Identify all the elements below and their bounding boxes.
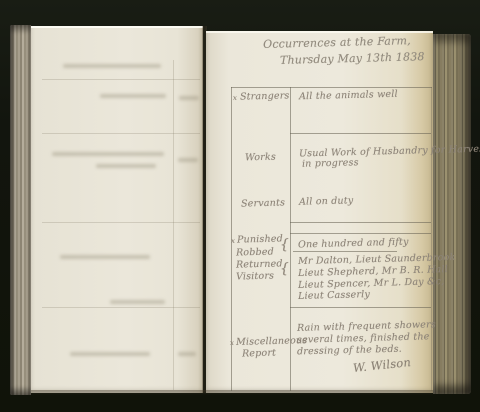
- label-brace: {: [280, 264, 289, 275]
- page-bottom-shadow: [31, 390, 433, 395]
- ghost-writing-smudge: [96, 164, 156, 168]
- row-label-strangers: Strangers: [240, 90, 290, 102]
- ghost-writing-smudge: [100, 94, 166, 98]
- table-rule-row2: [290, 222, 431, 223]
- ghost-row-rule: [42, 79, 200, 80]
- ghost-writing-smudge: [110, 300, 165, 304]
- entry-line: Lieut Casserly: [298, 289, 370, 302]
- row-mark: x: [233, 93, 237, 104]
- ghost-writing-smudge: [63, 64, 161, 68]
- table-rule-row4: [290, 307, 431, 308]
- ghost-row-rule: [42, 222, 200, 223]
- ghost-writing-smudge: [52, 152, 164, 156]
- row-label-returned: Returned: [236, 258, 283, 270]
- ghost-row-rule: [42, 307, 200, 308]
- row-label-visitors: Visitors: [236, 271, 274, 283]
- photo-of-open-ledger: Occurrences at the Farm, Thursday May 13…: [0, 0, 480, 412]
- entry-underline: [293, 251, 397, 252]
- row-label-report: Report: [242, 348, 276, 360]
- left-page: [31, 26, 203, 393]
- ghost-writing-smudge: [178, 352, 196, 356]
- row-mark: x: [231, 236, 235, 247]
- ghost-writing-smudge: [179, 96, 199, 100]
- row-label-servants: Servants: [241, 197, 285, 209]
- left-page-stack-edge: [10, 25, 31, 395]
- right-page-stack-edge: [433, 34, 471, 394]
- table-rule-row3: [290, 233, 431, 234]
- row-label-works: Works: [245, 152, 276, 164]
- row-label-robbed: Robbed: [236, 247, 274, 259]
- ghost-column-rule: [173, 60, 174, 390]
- table-rule-right: [431, 87, 432, 391]
- ghost-writing-smudge: [178, 158, 198, 162]
- row-mark: x: [230, 338, 234, 349]
- ghost-row-rule: [42, 133, 200, 134]
- row-label-punished: Punished: [237, 233, 283, 245]
- table-rule-row1: [290, 133, 431, 134]
- ghost-writing-smudge: [60, 255, 150, 259]
- journal-date: Thursday May 13th 1838: [280, 51, 425, 66]
- label-brace: {: [280, 240, 289, 251]
- ghost-writing-smudge: [70, 352, 150, 356]
- entry-line: All on duty: [299, 195, 354, 207]
- table-rule-top: [231, 87, 432, 88]
- entry-line: in progress: [302, 157, 359, 169]
